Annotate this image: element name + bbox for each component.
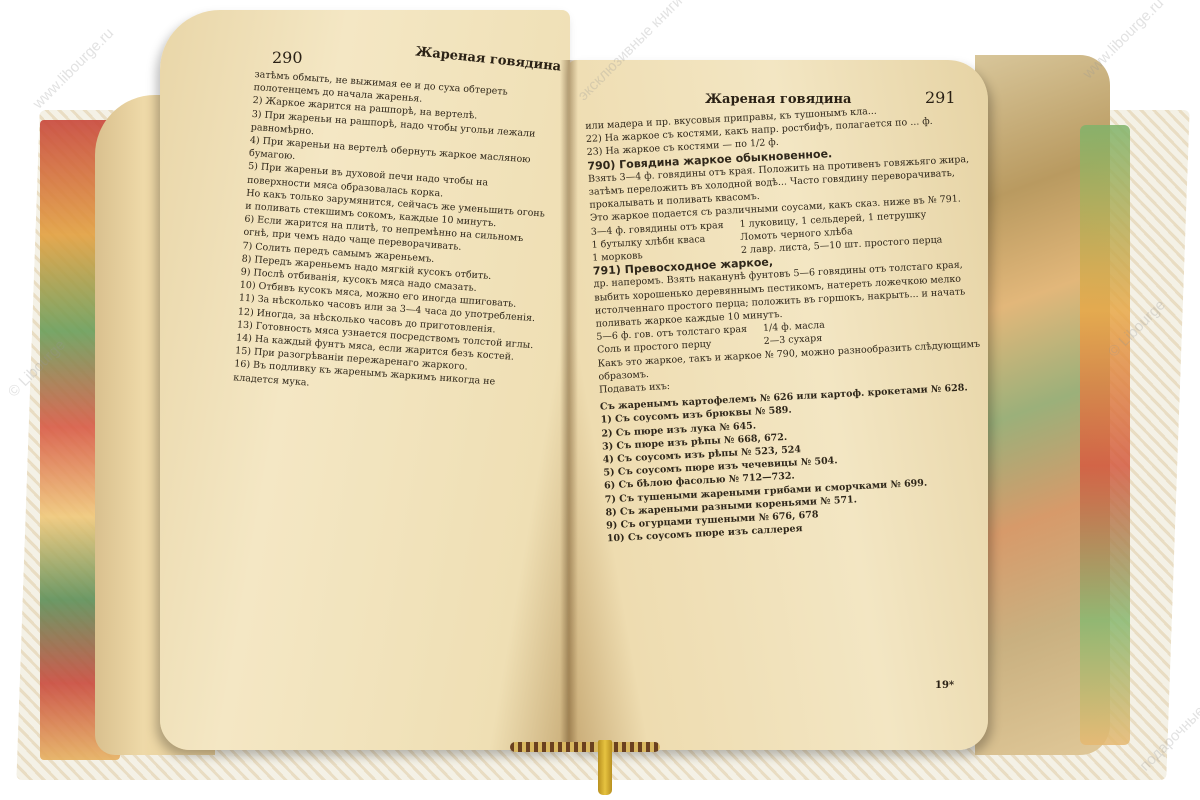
marbled-edge-right xyxy=(1080,125,1130,745)
left-page-number: 290 xyxy=(272,48,303,67)
right-running-head: Жареная говядина xyxy=(705,92,851,107)
watermark: www.libourge.ru xyxy=(30,25,117,112)
serve-with-list: Съ жаренымъ картофелемъ № 626 или картоф… xyxy=(600,381,992,546)
headband xyxy=(510,742,660,752)
bookmark-ribbon xyxy=(598,740,612,795)
left-page-body: затѣмъ обмыть, не выжимая ее и до суха о… xyxy=(233,68,554,405)
gutter-shadow xyxy=(560,60,578,750)
right-page-body: или мадера и пр. вкусовыя приправы, къ т… xyxy=(585,100,992,546)
printer-signature-mark: 19* xyxy=(935,680,954,691)
